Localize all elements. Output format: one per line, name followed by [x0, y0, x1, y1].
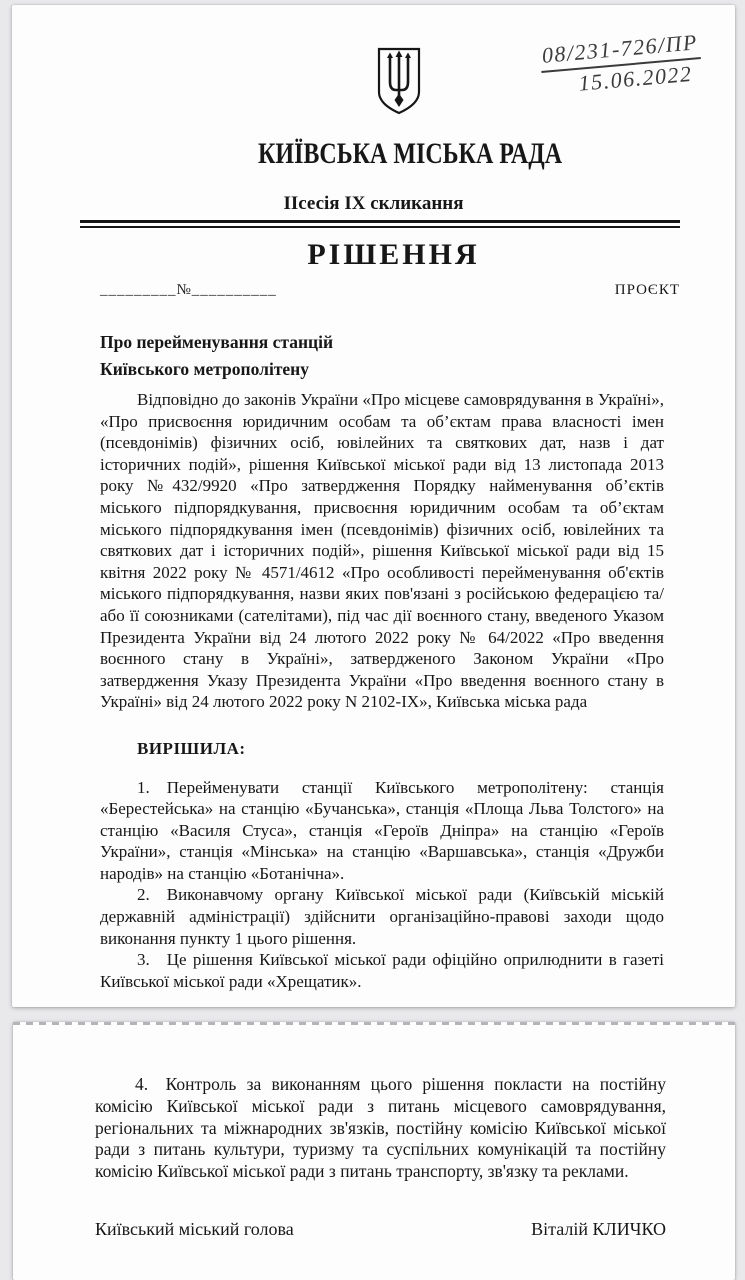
session-line: ІІсесія ІХ скликання — [12, 193, 735, 215]
subject-block: Про перейменування станцій Київського ме… — [100, 329, 333, 383]
point-3: 3. Це рішення Київської міської ради офі… — [100, 949, 664, 992]
document-page-1: 08/231-726/ПР 15.06.2022 КИЇВСЬКА МІСЬКА… — [12, 5, 735, 1007]
point-4: 4. Контроль за виконанням цього рішення … — [95, 1074, 666, 1183]
doc-type-title: РІШЕННЯ — [12, 238, 735, 272]
preamble-paragraph: Відповідно до законів України «Про місце… — [100, 389, 664, 713]
header-divider-rule — [80, 220, 680, 228]
page-torn-edge — [13, 1022, 735, 1025]
draft-label: ПРОЄКТ — [615, 282, 680, 299]
point-2: 2. Виконавчому органу Київської міської … — [100, 884, 664, 949]
resolved-heading: ВИРІШИЛА: — [137, 738, 664, 760]
signer-title: Київський міський голова — [95, 1219, 294, 1241]
signature-row: Київський міський голова Віталій КЛИЧКО — [95, 1219, 666, 1241]
number-blank-line: _________№__________ — [100, 282, 277, 299]
org-title: КИЇВСЬКА МІСЬКА РАДА — [12, 137, 735, 171]
document-body: Відповідно до законів України «Про місце… — [100, 389, 664, 992]
subject-line-1: Про перейменування станцій — [100, 329, 333, 356]
number-row: _________№__________ ПРОЄКТ — [100, 282, 680, 299]
subject-line-2: Київського метрополітену — [100, 356, 333, 383]
document-body-page2: 4. Контроль за виконанням цього рішення … — [95, 1074, 666, 1241]
handwritten-annotation: 08/231-726/ПР 15.06.2022 — [538, 28, 703, 100]
document-page-2: 4. Контроль за виконанням цього рішення … — [13, 1022, 735, 1280]
point-1: 1. Перейменувати станції Київського метр… — [100, 777, 664, 885]
ukraine-trident-emblem-icon — [375, 45, 423, 117]
signer-name: Віталій КЛИЧКО — [531, 1219, 666, 1241]
